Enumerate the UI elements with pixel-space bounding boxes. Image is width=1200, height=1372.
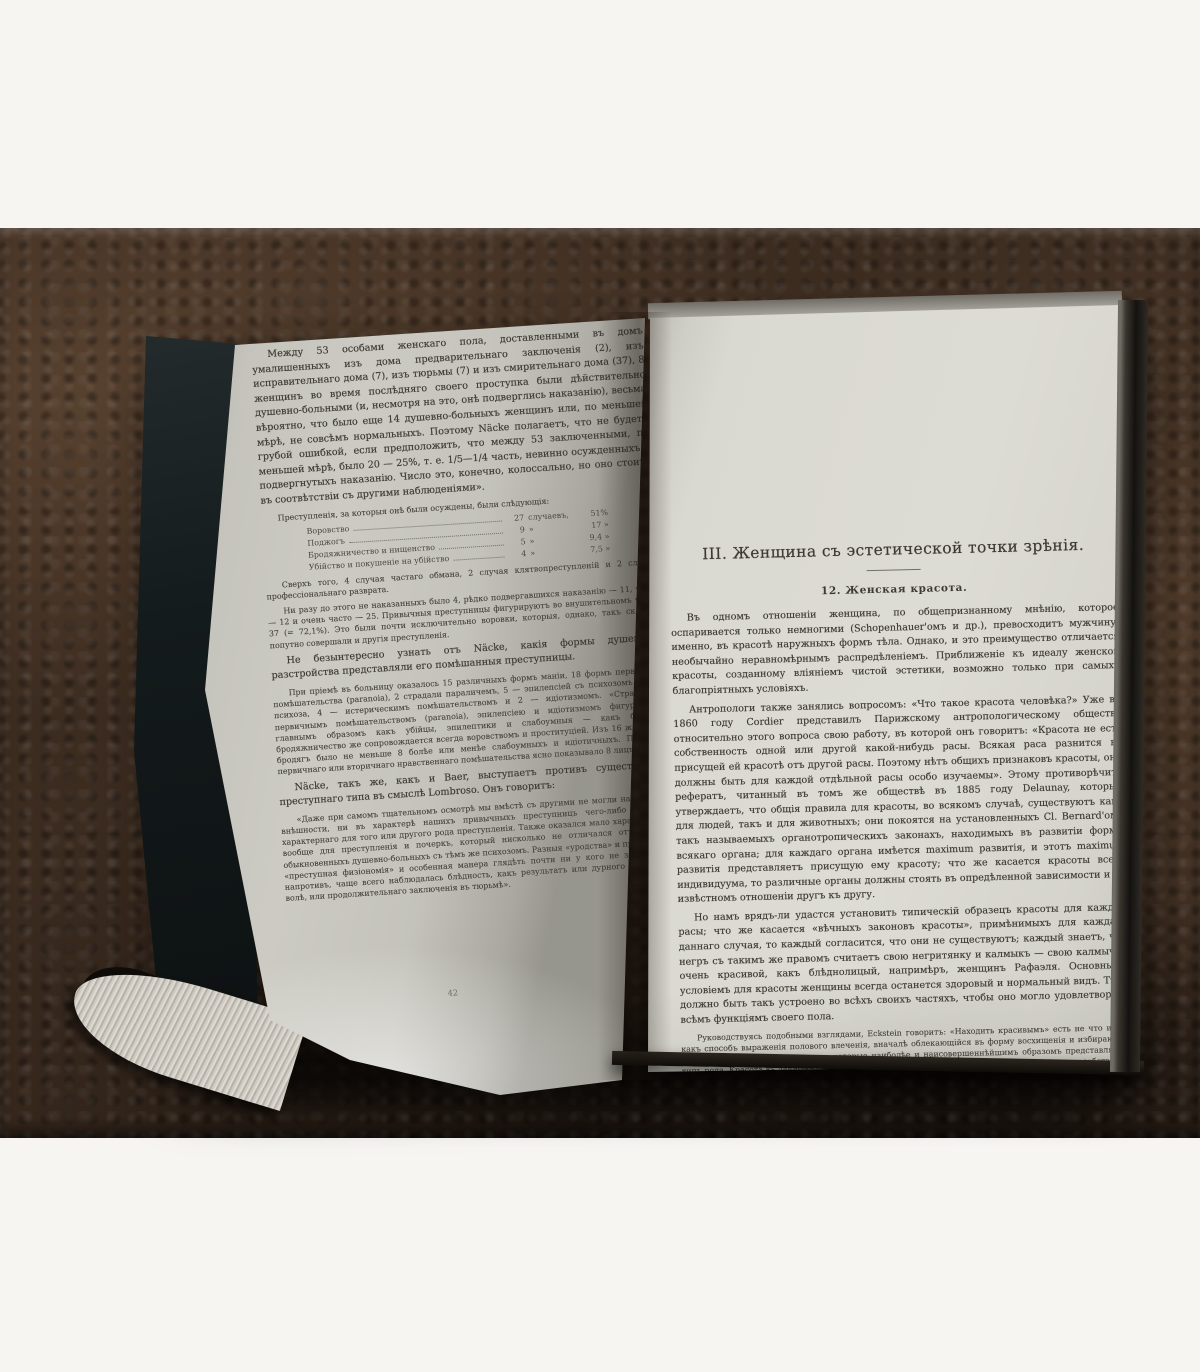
crime-count: 4 <box>508 548 527 561</box>
page-number-left: 42 <box>292 979 614 1008</box>
left-page: Между 53 особами женскаго пола, доставле… <box>195 315 650 1100</box>
dot-leader <box>439 545 504 550</box>
section-heading: 12. Женская красота. <box>670 578 1118 601</box>
crime-unit: » <box>526 545 581 561</box>
chapter-heading: III. Женщина съ эстетической точки зрѣні… <box>669 535 1117 564</box>
paragraph: Въ одномъ отношеніи женщина, по общеприз… <box>671 601 1121 699</box>
crime-percent: 7,5 » <box>580 543 611 557</box>
paragraph: Антропологи также занялись вопросомъ: «Ч… <box>673 693 1126 908</box>
quote-paragraph: «Даже при самомъ тщательномъ осмотрѣ мы … <box>280 790 677 904</box>
right-page: III. Женщина съ эстетической точки зрѣні… <box>645 302 1131 1077</box>
heading-divider <box>867 569 921 571</box>
photo-scene: Между 53 особами женскаго пола, доставле… <box>0 0 1200 1372</box>
right-page-text-block: III. Женщина съ эстетической точки зрѣні… <box>669 535 1131 1135</box>
paragraph: Но намъ врядъ-ли удастся установить типи… <box>678 901 1129 1029</box>
paragraph: Между 53 особами женскаго пола, доставле… <box>251 324 652 509</box>
dot-leader <box>453 557 504 561</box>
left-page-text-block: Между 53 особами женскаго пола, доставле… <box>251 324 684 1008</box>
